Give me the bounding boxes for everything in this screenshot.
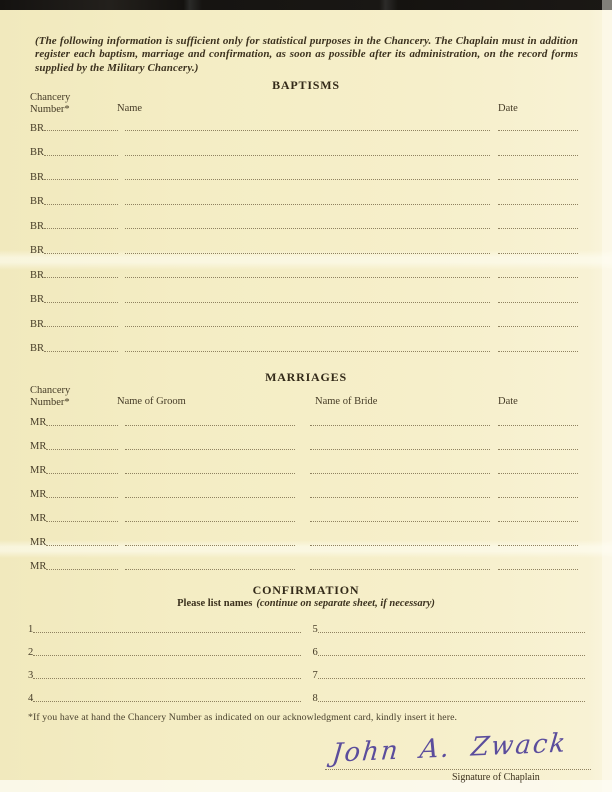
- baptism-row: BR: [30, 305, 578, 330]
- date-field: [498, 449, 578, 453]
- confirmation-name-blank: [33, 655, 300, 656]
- bride-name-field: [310, 473, 490, 477]
- row-prefix-label: MR: [30, 417, 46, 428]
- date-field: [498, 204, 578, 208]
- confirmation-row: 4 8: [28, 681, 585, 704]
- scanned-form-page: (The following information is sufficient…: [0, 0, 612, 792]
- confirmation-row: 1 5: [28, 612, 585, 635]
- chancery-number-field: MR: [30, 489, 118, 500]
- date-field: [498, 302, 578, 306]
- date-blank: [498, 521, 578, 522]
- groom-name-field: [125, 473, 295, 477]
- baptism-row: BR: [30, 232, 578, 257]
- chancery-number-blank: [46, 449, 118, 450]
- chancery-label-line1: Chancery: [30, 385, 70, 397]
- confirmation-name-field-right: 5: [313, 624, 586, 635]
- name-blank: [125, 204, 490, 205]
- marriages-title: MARRIAGES: [0, 370, 612, 385]
- row-number-label: 7: [313, 670, 318, 681]
- date-field: [498, 425, 578, 429]
- chancery-number-blank: [46, 425, 118, 426]
- confirmation-name-blank: [318, 701, 585, 702]
- chancery-number-field: BR: [30, 270, 118, 281]
- name-field: [125, 277, 490, 281]
- name-field: [125, 302, 490, 306]
- name-field: [125, 130, 490, 134]
- footnote: *If you have at hand the Chancery Number…: [28, 712, 457, 723]
- row-number-label: 3: [28, 670, 33, 681]
- date-blank: [498, 253, 578, 254]
- signature-line: [325, 756, 591, 770]
- confirmation-subtitle-plain: Please list names: [177, 598, 252, 609]
- bride-name-blank: [310, 521, 490, 522]
- date-field: [498, 130, 578, 134]
- chancery-number-field: BR: [30, 172, 118, 183]
- confirmation-subtitle-italic: (continue on separate sheet, if necessar…: [256, 598, 435, 609]
- name-blank: [125, 253, 490, 254]
- date-field: [498, 253, 578, 257]
- name-blank: [125, 277, 490, 278]
- groom-name-field: [125, 545, 295, 549]
- date-field: [498, 155, 578, 159]
- bride-name-field: [310, 425, 490, 429]
- row-prefix-label: BR: [30, 196, 44, 207]
- date-field: [498, 326, 578, 330]
- groom-name-field: [125, 497, 295, 501]
- row-prefix-label: MR: [30, 465, 46, 476]
- baptisms-title: BAPTISMS: [0, 78, 612, 93]
- groom-name-blank: [125, 449, 295, 450]
- baptism-row: BR: [30, 183, 578, 208]
- row-prefix-label: BR: [30, 245, 44, 256]
- date-blank: [498, 179, 578, 180]
- row-prefix-label: MR: [30, 441, 46, 452]
- baptism-row: BR: [30, 281, 578, 306]
- bride-name-blank: [310, 497, 490, 498]
- date-blank: [498, 449, 578, 450]
- row-number-label: 1: [28, 624, 33, 635]
- name-blank: [125, 326, 490, 327]
- chancery-number-field: BR: [30, 147, 118, 158]
- chancery-number-field: BR: [30, 343, 118, 354]
- baptism-row: BR: [30, 207, 578, 232]
- groom-name-blank: [125, 521, 295, 522]
- confirmation-name-field-right: 8: [313, 693, 586, 704]
- confirmation-name-blank: [33, 701, 300, 702]
- row-number-label: 6: [313, 647, 318, 658]
- row-prefix-label: MR: [30, 561, 46, 572]
- bride-name-blank: [310, 449, 490, 450]
- date-blank: [498, 326, 578, 327]
- marriage-row: MR: [30, 524, 578, 548]
- date-field: [498, 569, 578, 573]
- baptisms-rows: BR BR BR: [30, 109, 578, 354]
- chancery-number-field: BR: [30, 221, 118, 232]
- chancery-number-blank: [44, 130, 118, 131]
- name-blank: [125, 228, 490, 229]
- groom-name-field: [125, 425, 295, 429]
- baptism-row: BR: [30, 330, 578, 355]
- bride-name-field: [310, 497, 490, 501]
- baptism-row: BR: [30, 134, 578, 159]
- confirmation-name-blank: [318, 655, 585, 656]
- chancery-number-blank: [44, 277, 118, 278]
- row-prefix-label: MR: [30, 489, 46, 500]
- chancery-number-blank: [46, 521, 118, 522]
- row-prefix-label: MR: [30, 513, 46, 524]
- groom-name-field: [125, 449, 295, 453]
- name-field: [125, 204, 490, 208]
- row-prefix-label: MR: [30, 537, 46, 548]
- date-blank: [498, 277, 578, 278]
- chancery-number-field: BR: [30, 245, 118, 256]
- groom-name-blank: [125, 497, 295, 498]
- confirmation-rows: 1 5 2 6 3 7 4: [28, 612, 585, 704]
- row-prefix-label: BR: [30, 270, 44, 281]
- name-field: [125, 253, 490, 257]
- name-field: [125, 351, 490, 355]
- date-field: [498, 277, 578, 281]
- signature-caption: Signature of Chaplain: [452, 772, 540, 783]
- bride-name-field: [310, 545, 490, 549]
- chancery-number-blank: [44, 155, 118, 156]
- chancery-number-field: BR: [30, 294, 118, 305]
- date-field: [498, 179, 578, 183]
- date-blank: [498, 569, 578, 570]
- baptism-row: BR: [30, 158, 578, 183]
- name-field: [125, 228, 490, 232]
- chancery-number-field: MR: [30, 513, 118, 524]
- date-field: [498, 351, 578, 355]
- date-blank: [498, 497, 578, 498]
- chancery-number-field: MR: [30, 465, 118, 476]
- groom-name-field: [125, 569, 295, 573]
- marriages-rows: MR MR MR: [30, 404, 578, 572]
- baptism-row: BR: [30, 256, 578, 281]
- name-field: [125, 155, 490, 159]
- date-field: [498, 545, 578, 549]
- chancery-number-blank: [44, 302, 118, 303]
- confirmation-subtitle: Please list names(continue on separate s…: [0, 598, 612, 609]
- name-field: [125, 179, 490, 183]
- marriage-row: MR: [30, 428, 578, 452]
- marriage-row: MR: [30, 404, 578, 428]
- confirmation-name-blank: [33, 632, 300, 633]
- intro-note: (The following information is sufficient…: [35, 35, 578, 75]
- marriage-row: MR: [30, 452, 578, 476]
- groom-name-blank: [125, 545, 295, 546]
- date-blank: [498, 204, 578, 205]
- confirmation-name-blank: [33, 678, 300, 679]
- chancery-number-blank: [46, 497, 118, 498]
- groom-name-field: [125, 521, 295, 525]
- confirmation-row: 2 6: [28, 635, 585, 658]
- row-prefix-label: BR: [30, 319, 44, 330]
- chancery-number-field: MR: [30, 417, 118, 428]
- scanner-edge-artifact: [0, 0, 612, 10]
- groom-name-blank: [125, 425, 295, 426]
- marriage-row: MR: [30, 500, 578, 524]
- baptism-row: BR: [30, 109, 578, 134]
- confirmation-name-blank: [318, 678, 585, 679]
- confirmation-name-field-left: 3: [28, 670, 301, 681]
- groom-name-blank: [125, 473, 295, 474]
- confirmation-title: CONFIRMATION: [0, 583, 612, 598]
- confirmation-name-blank: [318, 632, 585, 633]
- name-blank: [125, 130, 490, 131]
- bride-name-field: [310, 449, 490, 453]
- date-blank: [498, 425, 578, 426]
- confirmation-name-field-left: 2: [28, 647, 301, 658]
- chancery-number-field: MR: [30, 537, 118, 548]
- date-blank: [498, 228, 578, 229]
- bride-name-blank: [310, 425, 490, 426]
- groom-name-blank: [125, 569, 295, 570]
- date-blank: [498, 351, 578, 352]
- chancery-number-blank: [44, 204, 118, 205]
- bride-name-field: [310, 521, 490, 525]
- date-blank: [498, 545, 578, 546]
- confirmation-row: 3 7: [28, 658, 585, 681]
- chancery-number-blank: [44, 351, 118, 352]
- confirmation-name-field-left: 4: [28, 693, 301, 704]
- bride-name-blank: [310, 473, 490, 474]
- chancery-number-blank: [44, 179, 118, 180]
- row-number-label: 8: [313, 693, 318, 704]
- name-blank: [125, 302, 490, 303]
- date-blank: [498, 155, 578, 156]
- chancery-number-blank: [46, 569, 118, 570]
- chancery-label-line1: Chancery: [30, 92, 70, 104]
- paper-edge-highlight: [602, 0, 612, 792]
- row-prefix-label: BR: [30, 294, 44, 305]
- name-blank: [125, 155, 490, 156]
- row-prefix-label: BR: [30, 123, 44, 134]
- row-prefix-label: BR: [30, 221, 44, 232]
- name-field: [125, 326, 490, 330]
- date-blank: [498, 302, 578, 303]
- row-number-label: 5: [313, 624, 318, 635]
- date-field: [498, 497, 578, 501]
- chancery-number-field: BR: [30, 123, 118, 134]
- chancery-number-field: BR: [30, 196, 118, 207]
- row-prefix-label: BR: [30, 172, 44, 183]
- confirmation-name-field-right: 7: [313, 670, 586, 681]
- chancery-number-field: BR: [30, 319, 118, 330]
- chancery-number-blank: [44, 228, 118, 229]
- bride-name-field: [310, 569, 490, 573]
- row-prefix-label: BR: [30, 147, 44, 158]
- name-blank: [125, 351, 490, 352]
- date-field: [498, 473, 578, 477]
- date-field: [498, 521, 578, 525]
- chancery-number-blank: [46, 473, 118, 474]
- date-field: [498, 228, 578, 232]
- row-number-label: 4: [28, 693, 33, 704]
- chancery-number-blank: [44, 326, 118, 327]
- chancery-number-blank: [44, 253, 118, 254]
- bride-name-blank: [310, 569, 490, 570]
- date-blank: [498, 130, 578, 131]
- chancery-number-field: MR: [30, 561, 118, 572]
- chancery-number-field: MR: [30, 441, 118, 452]
- marriage-row: MR: [30, 548, 578, 572]
- confirmation-name-field-right: 6: [313, 647, 586, 658]
- bride-name-blank: [310, 545, 490, 546]
- date-blank: [498, 473, 578, 474]
- row-number-label: 2: [28, 647, 33, 658]
- chancery-number-blank: [46, 545, 118, 546]
- marriage-row: MR: [30, 476, 578, 500]
- confirmation-name-field-left: 1: [28, 624, 301, 635]
- row-prefix-label: BR: [30, 343, 44, 354]
- name-blank: [125, 179, 490, 180]
